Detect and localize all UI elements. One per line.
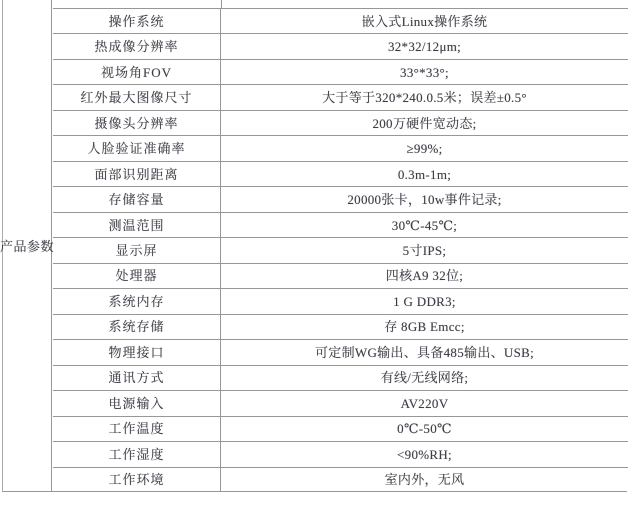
param-value-cell: ≥99%; [221, 136, 628, 160]
param-value-cell: AV220V [221, 391, 628, 415]
param-name-cell: 系统存储 [53, 315, 221, 339]
table-row: 工作湿度<90%RH; [53, 441, 628, 466]
param-name-cell: 工作湿度 [53, 442, 221, 466]
table-row: 系统存储存 8GB Emcc; [53, 314, 628, 339]
table-row: 工作温度0℃-50℃ [53, 416, 628, 441]
table-row: 摄像头分辨率200万硬件宽动态; [53, 110, 628, 135]
param-value-cell: 20000张卡，10w事件记录; [221, 187, 628, 211]
table-row: 物理接口可定制WG输出、具备485输出、USB; [53, 339, 628, 364]
table-row: 通讯方式有线/无线网络; [53, 365, 628, 390]
table-row: 面部识别距离0.3m-1m; [53, 161, 628, 186]
param-value-cell: 30℃-45℃; [221, 213, 628, 237]
param-value-cell: 5寸IPS; [221, 238, 628, 262]
spec-table: 产品参数 操作系统嵌入式Linux操作系统热成像分辨率32*32/12μm;视场… [2, 0, 627, 492]
param-name-cell: 红外最大图像尺寸 [53, 85, 221, 109]
param-value-cell: 存 8GB Emcc; [221, 315, 628, 339]
param-value-cell: 嵌入式Linux操作系统 [221, 9, 628, 33]
table-row: 操作系统嵌入式Linux操作系统 [53, 8, 628, 33]
param-name-cell: 通讯方式 [53, 366, 221, 390]
column-divider [221, 0, 222, 8]
table-row: 视场角FOV33°*33°; [53, 59, 628, 84]
param-value-cell: 可定制WG输出、具备485输出、USB; [221, 340, 628, 364]
table-row: 系统内存1 G DDR3; [53, 288, 628, 313]
param-value-cell: 四核A9 32位; [221, 264, 628, 288]
param-name-cell: 测温范围 [53, 213, 221, 237]
category-cell: 产品参数 [3, 0, 52, 491]
param-value-cell: 33°*33°; [221, 60, 628, 84]
param-name-cell: 工作温度 [53, 417, 221, 441]
param-name-cell: 物理接口 [53, 340, 221, 364]
table-row: 红外最大图像尺寸大于等于320*240.0.5米；误差±0.5° [53, 84, 628, 109]
param-name-cell: 操作系统 [53, 9, 221, 33]
param-value-cell: <90%RH; [221, 442, 628, 466]
table-row: 存储容量20000张卡，10w事件记录; [53, 186, 628, 211]
param-value-cell: 有线/无线网络; [221, 366, 628, 390]
spec-rows: 操作系统嵌入式Linux操作系统热成像分辨率32*32/12μm;视场角FOV3… [53, 8, 628, 492]
param-name-cell: 摄像头分辨率 [53, 111, 221, 135]
table-row: 工作环境室内外，无风 [53, 467, 628, 492]
category-label: 产品参数 [0, 236, 54, 255]
param-name-cell: 视场角FOV [53, 60, 221, 84]
param-name-cell: 存储容量 [53, 187, 221, 211]
param-value-cell: 32*32/12μm; [221, 34, 628, 58]
param-name-cell: 热成像分辨率 [53, 34, 221, 58]
param-name-cell: 电源输入 [53, 391, 221, 415]
param-name-cell: 工作环境 [53, 468, 221, 492]
param-value-cell: 室内外，无风 [221, 468, 628, 492]
table-row: 人脸验证准确率≥99%; [53, 135, 628, 160]
table-row: 热成像分辨率32*32/12μm; [53, 33, 628, 58]
table-row: 测温范围30℃-45℃; [53, 212, 628, 237]
param-name-cell: 人脸验证准确率 [53, 136, 221, 160]
param-value-cell: 0.3m-1m; [221, 162, 628, 186]
param-name-cell: 显示屏 [53, 238, 221, 262]
table-row: 电源输入AV220V [53, 390, 628, 415]
table-row: 处理器四核A9 32位; [53, 263, 628, 288]
param-name-cell: 处理器 [53, 264, 221, 288]
param-value-cell: 0℃-50℃ [221, 417, 628, 441]
param-name-cell: 系统内存 [53, 289, 221, 313]
table-row: 显示屏5寸IPS; [53, 237, 628, 262]
param-value-cell: 大于等于320*240.0.5米；误差±0.5° [221, 85, 628, 109]
param-name-cell: 面部识别距离 [53, 162, 221, 186]
param-value-cell: 200万硬件宽动态; [221, 111, 628, 135]
param-value-cell: 1 G DDR3; [221, 289, 628, 313]
